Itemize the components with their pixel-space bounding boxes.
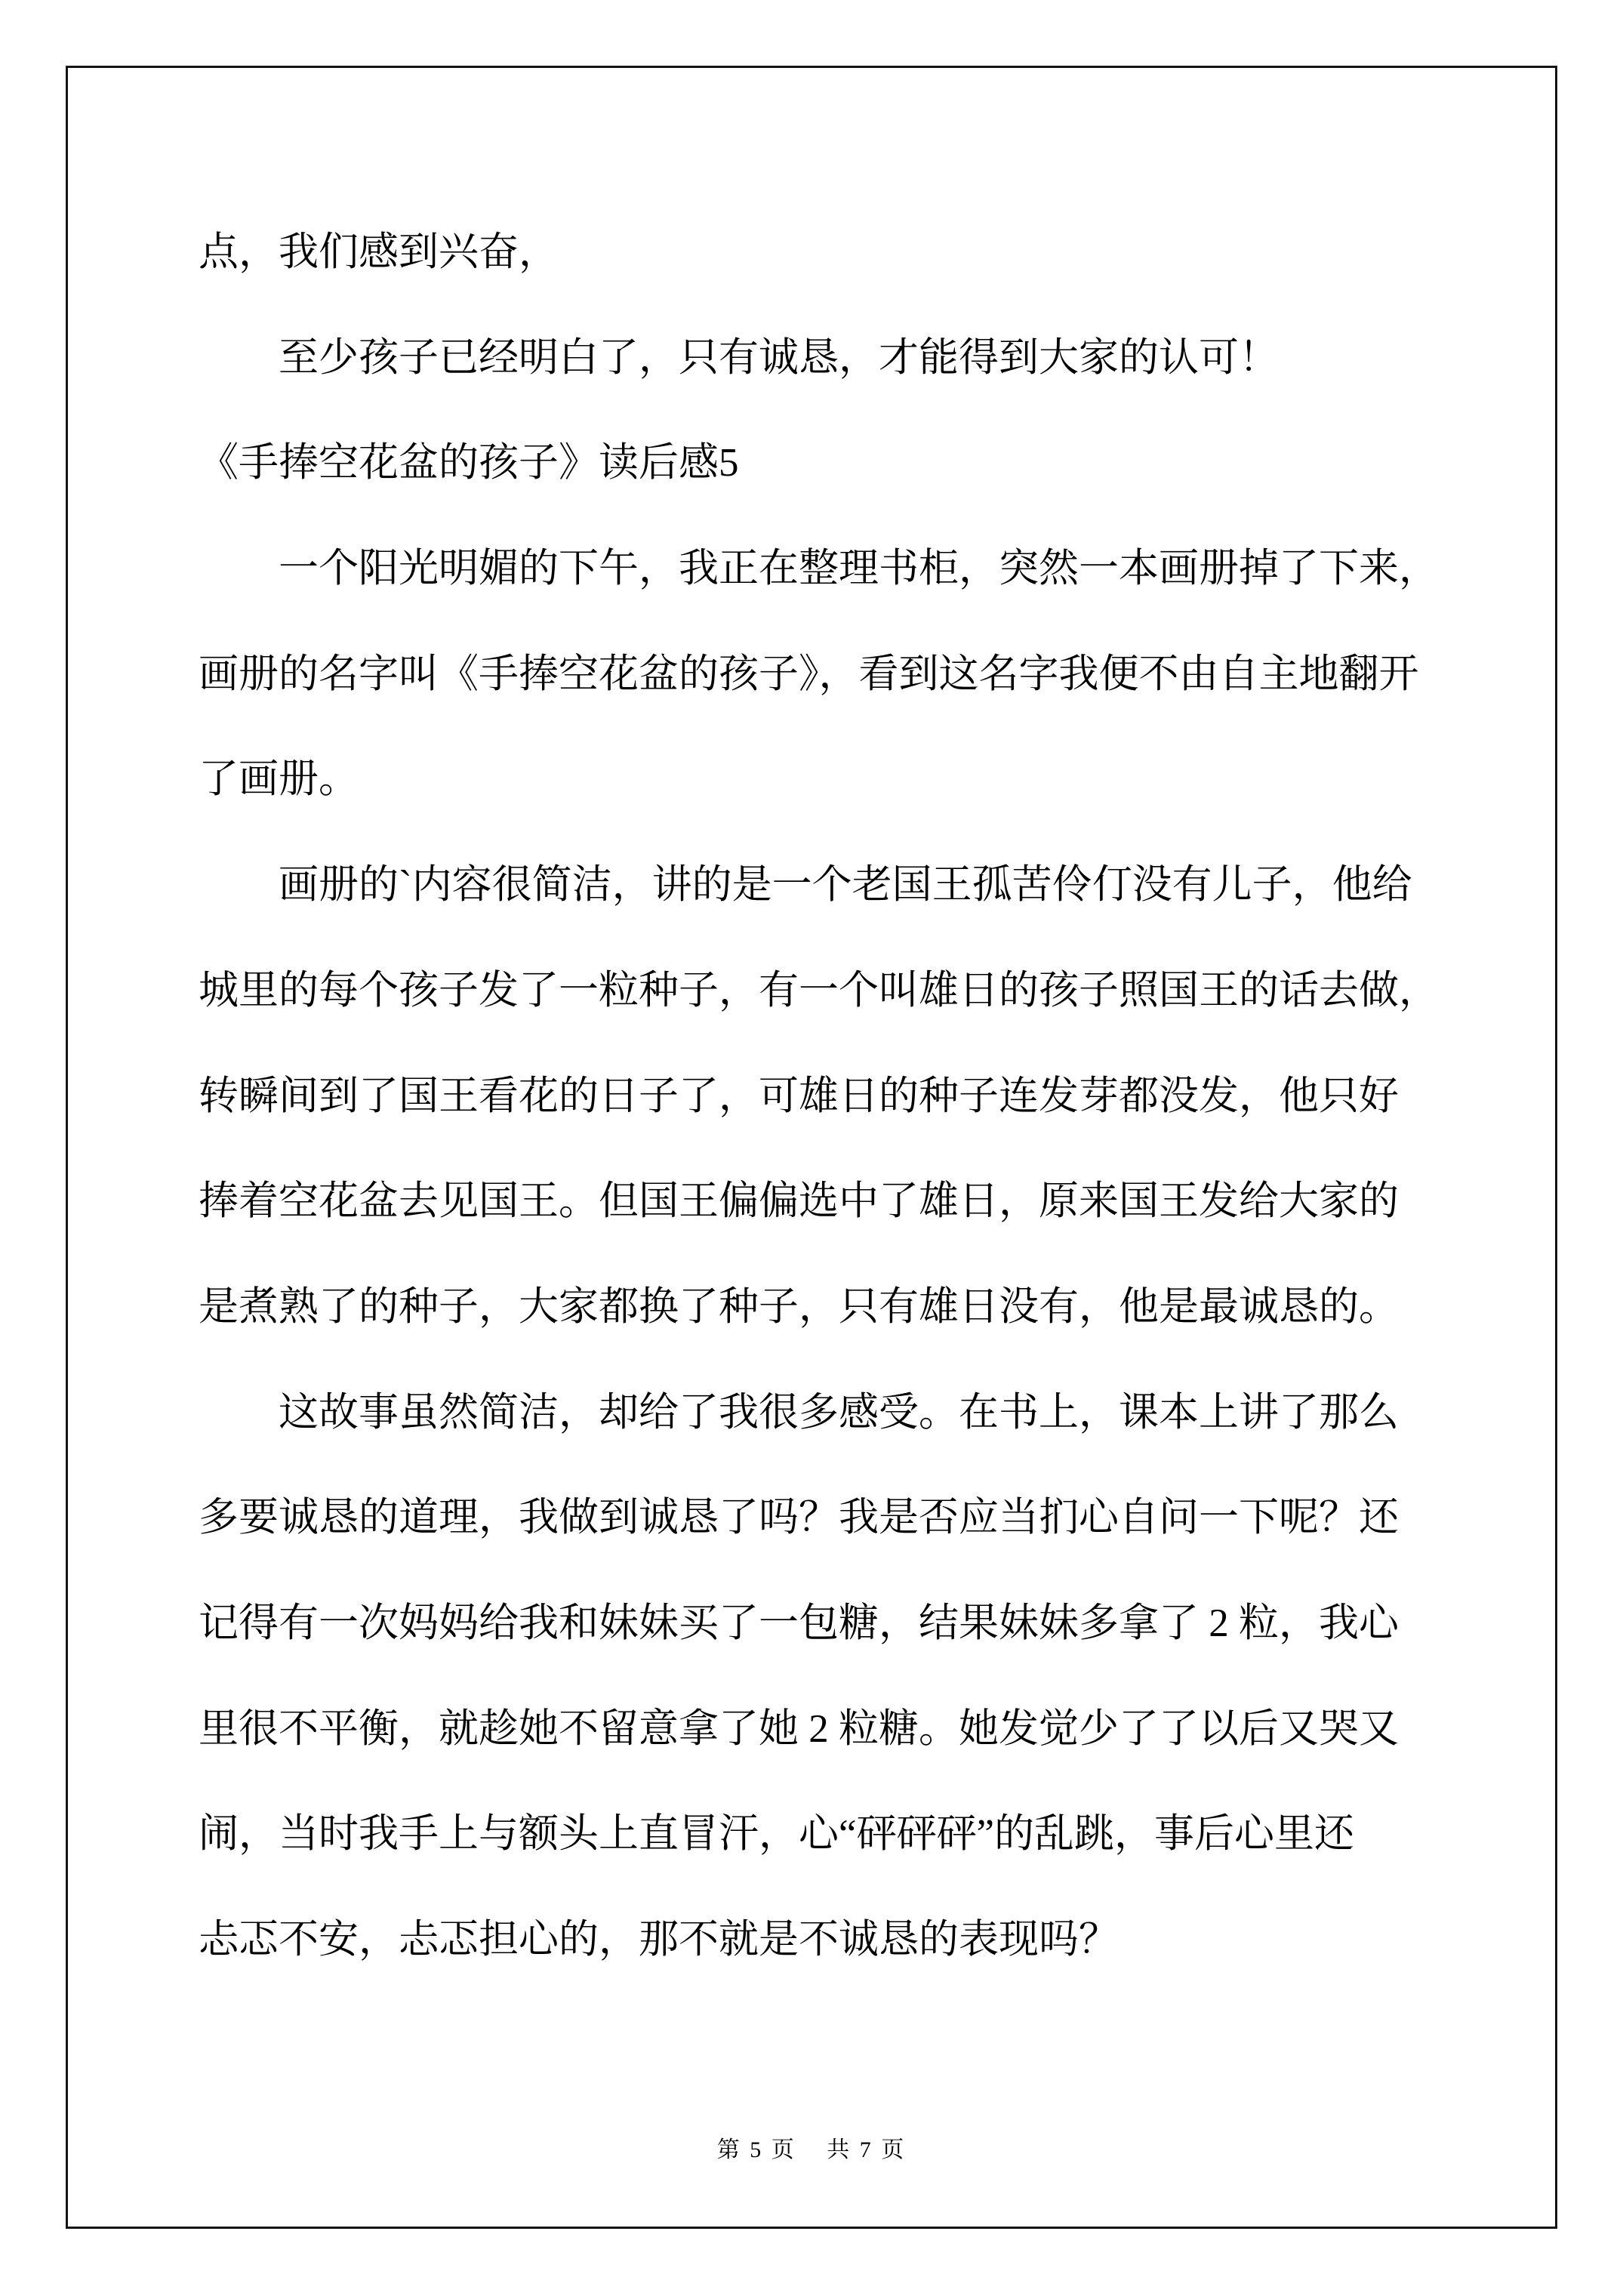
total-pages-label: 共 7 页 (827, 2137, 906, 2162)
page-number-label: 第 5 页 (717, 2137, 796, 2162)
text-line: 至少孩子已经明白了，只有诚恳，才能得到大家的认可！ (199, 306, 1439, 411)
text-line: 记得有一次妈妈给我和妹妹买了一包糖，结果妹妹多拿了 2 粒，我心 (199, 1571, 1439, 1677)
text-line: 转瞬间到了国王看花的日子了，可雄日的种子连发芽都没发，他只好 (199, 1044, 1439, 1150)
text-line: 是煮熟了的种子，大家都换了种子，只有雄日没有，他是最诚恳的。 (199, 1255, 1439, 1361)
text-line: 画册的名字叫《手捧空花盆的孩子》，看到这名字我便不由自主地翻开 (199, 622, 1439, 728)
text-line: 《手捧空花盆的孩子》读后感5 (199, 411, 1439, 516)
text-line: 一个阳光明媚的下午，我正在整理书柜，突然一本画册掉了下来， (199, 516, 1439, 622)
text-line: 了画册。 (199, 727, 1439, 833)
text-line: 忐忑不安，忐忑担心的，那不就是不诚恳的表现吗？ (199, 1888, 1439, 1993)
text-line: 点，我们感到兴奋， (199, 200, 1439, 306)
text-line: 里很不平衡，就趁她不留意拿了她 2 粒糖。她发觉少了了以后又哭又 (199, 1677, 1439, 1783)
document-page: 点，我们感到兴奋， 至少孩子已经明白了，只有诚恳，才能得到大家的认可！ 《手捧空… (0, 0, 1623, 2296)
text-line: 闹，当时我手上与额头上直冒汗，心“砰砰砰”的乱跳，事后心里还 (199, 1782, 1439, 1888)
text-line: 多要诚恳的道理，我做到诚恳了吗？我是否应当扪心自问一下呢？还 (199, 1465, 1439, 1571)
text-line: 捧着空花盆去见国王。但国王偏偏选中了雄日，原来国王发给大家的 (199, 1149, 1439, 1255)
document-body: 点，我们感到兴奋， 至少孩子已经明白了，只有诚恳，才能得到大家的认可！ 《手捧空… (199, 200, 1439, 1993)
text-line: 这故事虽然简洁，却给了我很多感受。在书上，课本上讲了那么 (199, 1361, 1439, 1466)
text-line: 城里的每个孩子发了一粒种子，有一个叫雄日的孩子照国王的话去做， (199, 938, 1439, 1044)
page-footer: 第 5 页 共 7 页 (0, 2131, 1623, 2164)
text-line: 画册的`内容很简洁，讲的是一个老国王孤苦伶仃没有儿子，他给 (199, 833, 1439, 938)
